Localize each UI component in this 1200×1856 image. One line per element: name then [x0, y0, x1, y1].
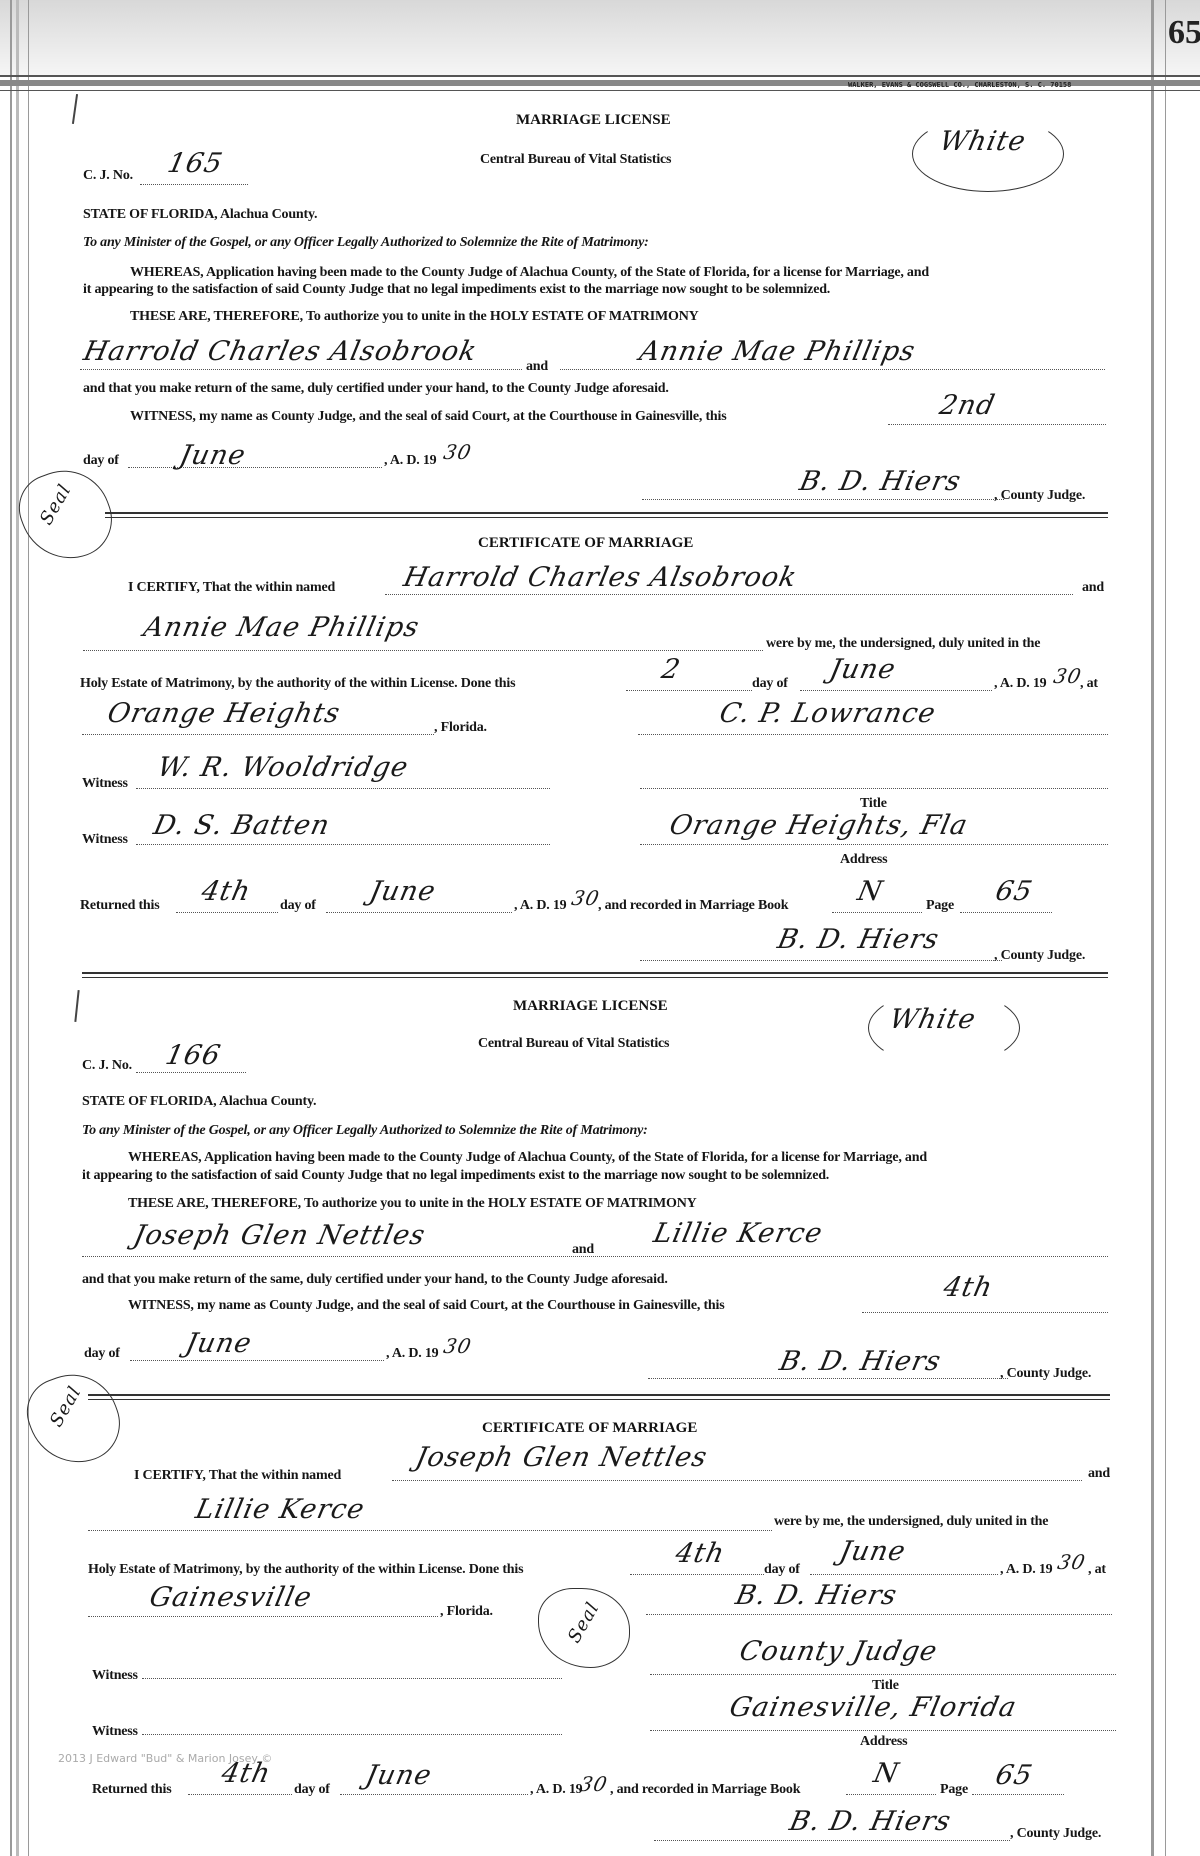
state-line: STATE OF FLORIDA, Alachua County. [83, 207, 317, 223]
place: Orange Heights [105, 698, 344, 729]
and-label: and [526, 359, 548, 375]
return-line: and that you make return of the same, du… [83, 381, 669, 397]
at-label: , at [1088, 1562, 1106, 1578]
returned-month: June [363, 1760, 435, 1791]
groom-name: Harrold Charles Alsobrook [81, 336, 480, 367]
whereas-line-2: it appearing to the satisfaction of said… [83, 282, 830, 298]
florida-label: , Florida. [434, 720, 487, 736]
address-line [650, 1730, 1116, 1731]
and-label: and [1088, 1466, 1110, 1482]
returned-month-line [340, 1794, 528, 1795]
witness-line: WITNESS, my name as County Judge, and th… [130, 409, 726, 425]
united-label: were by me, the undersigned, duly united… [766, 636, 1040, 652]
book: N [855, 876, 886, 907]
returned-month-line [326, 912, 512, 913]
cj-no-value: 166 [163, 1040, 224, 1071]
holy-estate-label: Holy Estate of Matrimony, by the authori… [80, 676, 515, 692]
judge-signature: B. D. Hiers [775, 924, 942, 955]
groom-line [385, 594, 1073, 595]
cj-no-line [136, 1072, 246, 1073]
witness-2-line [136, 844, 550, 845]
seal-icon [9, 458, 122, 573]
county-judge-label: , County Judge. [1010, 1826, 1101, 1842]
month: June [177, 440, 249, 471]
whereas-line-1: WHEREAS, Application having been made to… [130, 265, 929, 281]
officiant-address: Gainesville, Florida [727, 1692, 1020, 1723]
left-border-line [28, 0, 29, 1856]
place-line [82, 734, 434, 735]
race-note: White [887, 1004, 979, 1035]
certify-label: I CERTIFY, That the within named [134, 1468, 341, 1484]
these-are-line: THESE ARE, THEREFORE, To authorize you t… [130, 309, 699, 325]
certificate-title: CERTIFICATE OF MARRIAGE [482, 1420, 697, 1437]
judge-line [654, 1840, 1010, 1841]
ad-label: , A. D. 19 [386, 1346, 438, 1362]
witness-line: WITNESS, my name as County Judge, and th… [128, 1298, 724, 1314]
witness-1: W. R. Wooldridge [155, 752, 412, 783]
and-label: and [1082, 580, 1104, 596]
judge-signature: B. D. Hiers [797, 466, 964, 497]
groom-name: Harrold Charles Alsobrook [401, 562, 800, 593]
left-border-line [10, 0, 12, 1856]
cj-no-value: 165 [165, 148, 226, 179]
top-rule [0, 90, 1200, 91]
done-day-line [626, 690, 752, 691]
cj-no-line [140, 184, 248, 185]
and-label: and [572, 1242, 594, 1258]
address-label: Address [860, 1734, 907, 1750]
day-of-label: day of [280, 898, 316, 914]
groom-name: Joseph Glen Nettles [413, 1442, 711, 1473]
ad-label: , A. D. 19 [384, 453, 436, 469]
right-border-line [1151, 0, 1154, 1856]
groom-line [80, 369, 522, 370]
witness-label: Witness [92, 1724, 138, 1740]
returned-label: Returned this [80, 898, 159, 914]
holy-estate-label: Holy Estate of Matrimony, by the authori… [88, 1562, 523, 1578]
officiant-address: Orange Heights, Fla [667, 810, 971, 841]
title-line [650, 1674, 1116, 1675]
day-of-label: day of [294, 1782, 330, 1798]
recorded-label: , and recorded in Marriage Book [610, 1782, 800, 1798]
record-divider [82, 977, 1108, 978]
witness-day: 4th [941, 1272, 996, 1303]
address-line: To any Minister of the Gospel, or any Of… [82, 1123, 648, 1139]
return-line: and that you make return of the same, du… [82, 1272, 668, 1288]
month-line [130, 1360, 384, 1361]
day-of-label: day of [752, 676, 788, 692]
done-day: 2 [659, 654, 684, 685]
page-label: Page [940, 1782, 968, 1798]
done-day-line [630, 1574, 764, 1575]
year: 30 [441, 440, 474, 464]
license-title: MARRIAGE LICENSE [513, 998, 668, 1015]
left-border-line [16, 0, 19, 1856]
judge-line [648, 1378, 1008, 1379]
seal-icon [17, 1362, 130, 1477]
place: Gainesville [147, 1582, 315, 1613]
at-label: , at [1080, 676, 1098, 692]
year: 30 [577, 1772, 610, 1796]
witness-2-line [142, 1734, 562, 1735]
page: 65 [993, 1760, 1036, 1791]
cj-no-label: C. J. No. [82, 1058, 132, 1074]
returned-day-line [188, 1794, 292, 1795]
county-judge-label: , County Judge. [994, 948, 1085, 964]
printer-imprint: WALKER, EVANS & COGSWELL CO., CHARLESTON… [848, 81, 1071, 89]
right-border-line [1165, 0, 1166, 1856]
bride-name: Annie Mae Phillips [141, 612, 423, 643]
record-divider [82, 972, 1108, 974]
check-mark [74, 990, 79, 1022]
names-line [82, 1256, 1108, 1257]
groom-name: Joseph Glen Nettles [131, 1220, 429, 1251]
section-divider [105, 517, 1108, 518]
witness-1-line [142, 1678, 562, 1679]
groom-line [392, 1480, 1082, 1481]
day-of-label: day of [764, 1562, 800, 1578]
address-line [640, 844, 1108, 845]
check-mark [72, 94, 78, 124]
bride-name: Lillie Kerce [651, 1218, 826, 1249]
florida-label: , Florida. [440, 1604, 493, 1620]
title-line [640, 788, 1108, 789]
returned-label: Returned this [92, 1782, 171, 1798]
returned-day: 4th [199, 876, 254, 907]
section-divider [88, 1394, 1110, 1396]
race-note: White [937, 126, 1029, 157]
bride-line [88, 1530, 772, 1531]
month: June [183, 1328, 255, 1359]
section-divider [88, 1399, 1110, 1400]
book: N [871, 1758, 902, 1789]
address-label: Address [840, 852, 887, 868]
page-label: Page [926, 898, 954, 914]
witness-label: Witness [82, 832, 128, 848]
ad-label: , A. D. 19 [514, 898, 566, 914]
county-judge-label: , County Judge. [1000, 1366, 1091, 1382]
returned-day: 4th [219, 1758, 274, 1789]
address-line: To any Minister of the Gospel, or any Of… [83, 235, 649, 251]
judge-signature: B. D. Hiers [777, 1346, 944, 1377]
done-day: 4th [673, 1538, 728, 1569]
cj-no-label: C. J. No. [83, 168, 133, 184]
officiant-title: County Judge [737, 1636, 941, 1667]
county-judge-label: , County Judge. [994, 488, 1085, 504]
book-line [832, 912, 922, 913]
officiant-line [646, 1614, 1112, 1615]
witness-label: Witness [92, 1668, 138, 1684]
bride-line [560, 369, 1105, 370]
whereas-line-2: it appearing to the satisfaction of said… [82, 1168, 829, 1184]
witness-day: 2nd [937, 390, 998, 421]
whereas-line-1: WHEREAS, Application having been made to… [128, 1150, 927, 1166]
bride-name: Annie Mae Phillips [637, 336, 919, 367]
judge-signature: B. D. Hiers [787, 1806, 954, 1837]
witness-1-line [136, 788, 550, 789]
judge-line [640, 960, 1002, 961]
ad-label: , A. D. 19 [994, 676, 1046, 692]
officiant: C. P. Lowrance [717, 698, 939, 729]
month: June [827, 654, 899, 685]
witness-day-line [888, 424, 1106, 425]
license-title: MARRIAGE LICENSE [516, 112, 671, 129]
officiant: B. D. Hiers [733, 1580, 900, 1611]
returned-month: June [367, 876, 439, 907]
day-of-label: day of [84, 1346, 120, 1362]
day-of-label: day of [83, 453, 119, 469]
these-are-line: THESE ARE, THEREFORE, To authorize you t… [128, 1196, 697, 1212]
year: 30 [441, 1334, 474, 1358]
returned-day-line [176, 912, 278, 913]
witness-day-line [862, 1312, 1108, 1313]
bride-line [83, 650, 763, 651]
license-subtitle: Central Bureau of Vital Statistics [480, 152, 671, 168]
judge-line [642, 499, 1004, 500]
recorded-label: , and recorded in Marriage Book [598, 898, 788, 914]
page-top-band [0, 0, 1200, 76]
month-line [800, 690, 992, 691]
month: June [837, 1536, 909, 1567]
book-line [846, 1794, 936, 1795]
ad-label: , A. D. 19 [1000, 1562, 1052, 1578]
month-line [810, 1574, 998, 1575]
officiant-line [638, 734, 1108, 735]
ad-label: , A. D. 19 [530, 1782, 582, 1798]
top-rule [0, 75, 1200, 77]
united-label: were by me, the undersigned, duly united… [774, 1514, 1048, 1530]
year: 30 [1055, 1550, 1088, 1574]
state-line: STATE OF FLORIDA, Alachua County. [82, 1094, 316, 1110]
page: 65 [993, 876, 1036, 907]
bride-name: Lillie Kerce [193, 1494, 368, 1525]
month-line [128, 467, 382, 468]
witness-2: D. S. Batten [151, 810, 333, 841]
witness-label: Witness [82, 776, 128, 792]
place-line [88, 1616, 438, 1617]
certificate-title: CERTIFICATE OF MARRIAGE [478, 535, 693, 552]
page-line [972, 1794, 1064, 1795]
section-divider [105, 512, 1108, 514]
page-number: 65 [1168, 14, 1200, 52]
license-subtitle: Central Bureau of Vital Statistics [478, 1036, 669, 1052]
page-line [960, 912, 1052, 913]
certify-label: I CERTIFY, That the within named [128, 580, 335, 596]
